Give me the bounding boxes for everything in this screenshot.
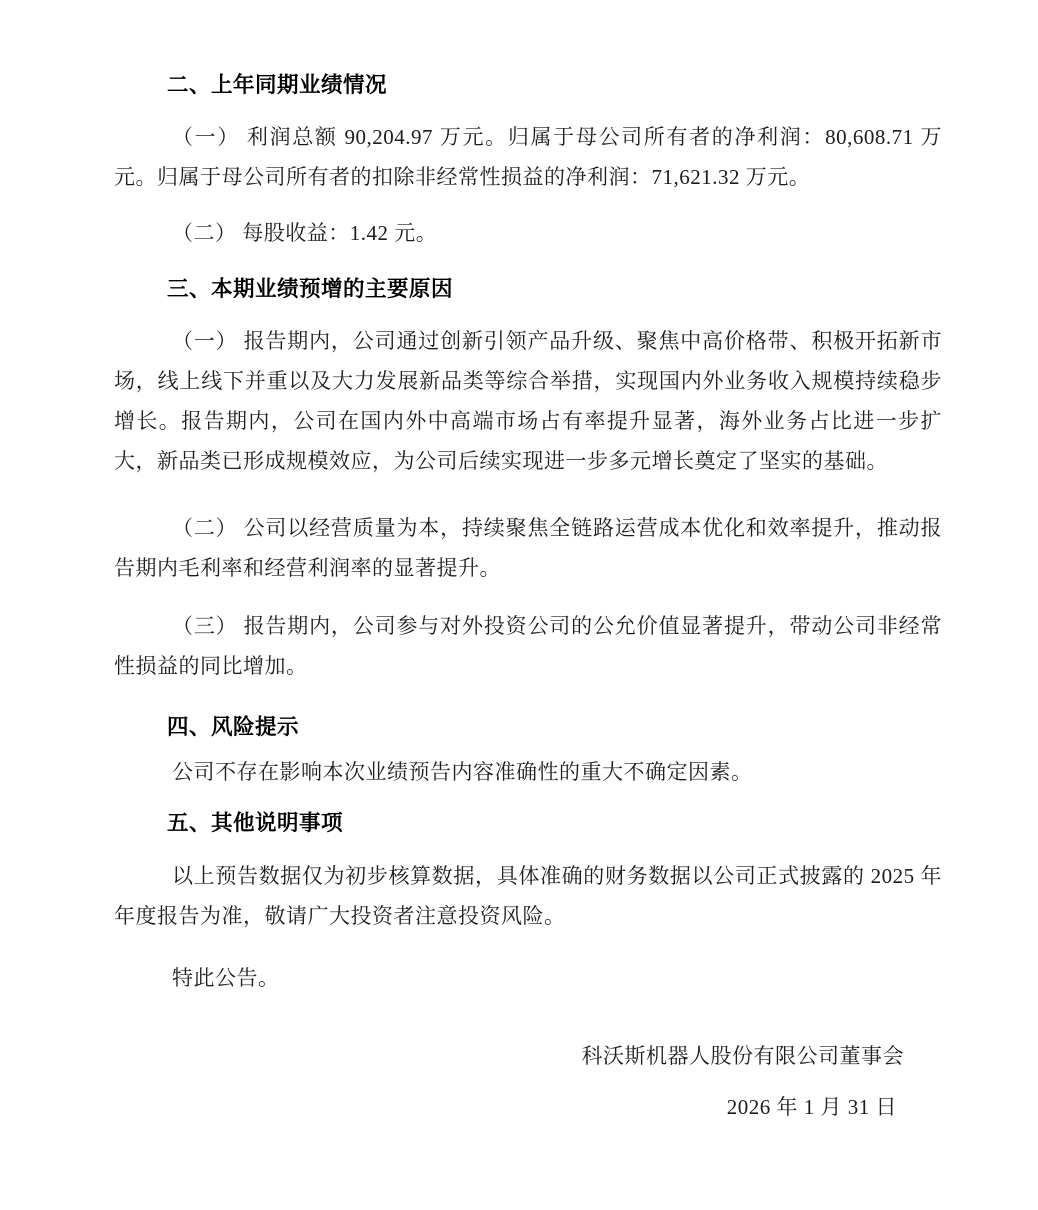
- signature-company: 科沃斯机器人股份有限公司董事会: [114, 1036, 904, 1076]
- paragraph-prior-year-eps: （二） 每股收益：1.42 元。: [114, 213, 942, 253]
- signature-date: 2026 年 1 月 31 日: [114, 1087, 897, 1127]
- closing-statement: 特此公告。: [114, 958, 942, 998]
- section-heading-other-notes: 五、其他说明事项: [114, 803, 942, 843]
- paragraph-preliminary-data-note: 以上预告数据仅为初步核算数据，具体准确的财务数据以公司正式披露的 2025 年年…: [114, 856, 942, 936]
- paragraph-reason-3: （三） 报告期内，公司参与对外投资公司的公允价值显著提升，带动公司非经常性损益的…: [114, 606, 942, 686]
- section-heading-prior-year-results: 二、上年同期业绩情况: [114, 65, 942, 105]
- section-heading-risk-notice: 四、风险提示: [114, 707, 942, 747]
- announcement-body: 二、上年同期业绩情况 （一） 利润总额 90,204.97 万元。归属于母公司所…: [0, 0, 1038, 1210]
- paragraph-reason-2: （二） 公司以经营质量为本，持续聚焦全链路运营成本优化和效率提升，推动报告期内毛…: [114, 508, 942, 588]
- paragraph-prior-year-profit: （一） 利润总额 90,204.97 万元。归属于母公司所有者的净利润：80,6…: [114, 117, 942, 197]
- paragraph-risk-statement: 公司不存在影响本次业绩预告内容准确性的重大不确定因素。: [114, 752, 942, 792]
- section-heading-increase-reasons: 三、本期业绩预增的主要原因: [114, 269, 942, 309]
- paragraph-reason-1: （一） 报告期内，公司通过创新引领产品升级、聚焦中高价格带、积极开拓新市场，线上…: [114, 321, 942, 481]
- document-page: 二、上年同期业绩情况 （一） 利润总额 90,204.97 万元。归属于母公司所…: [0, 0, 1038, 1210]
